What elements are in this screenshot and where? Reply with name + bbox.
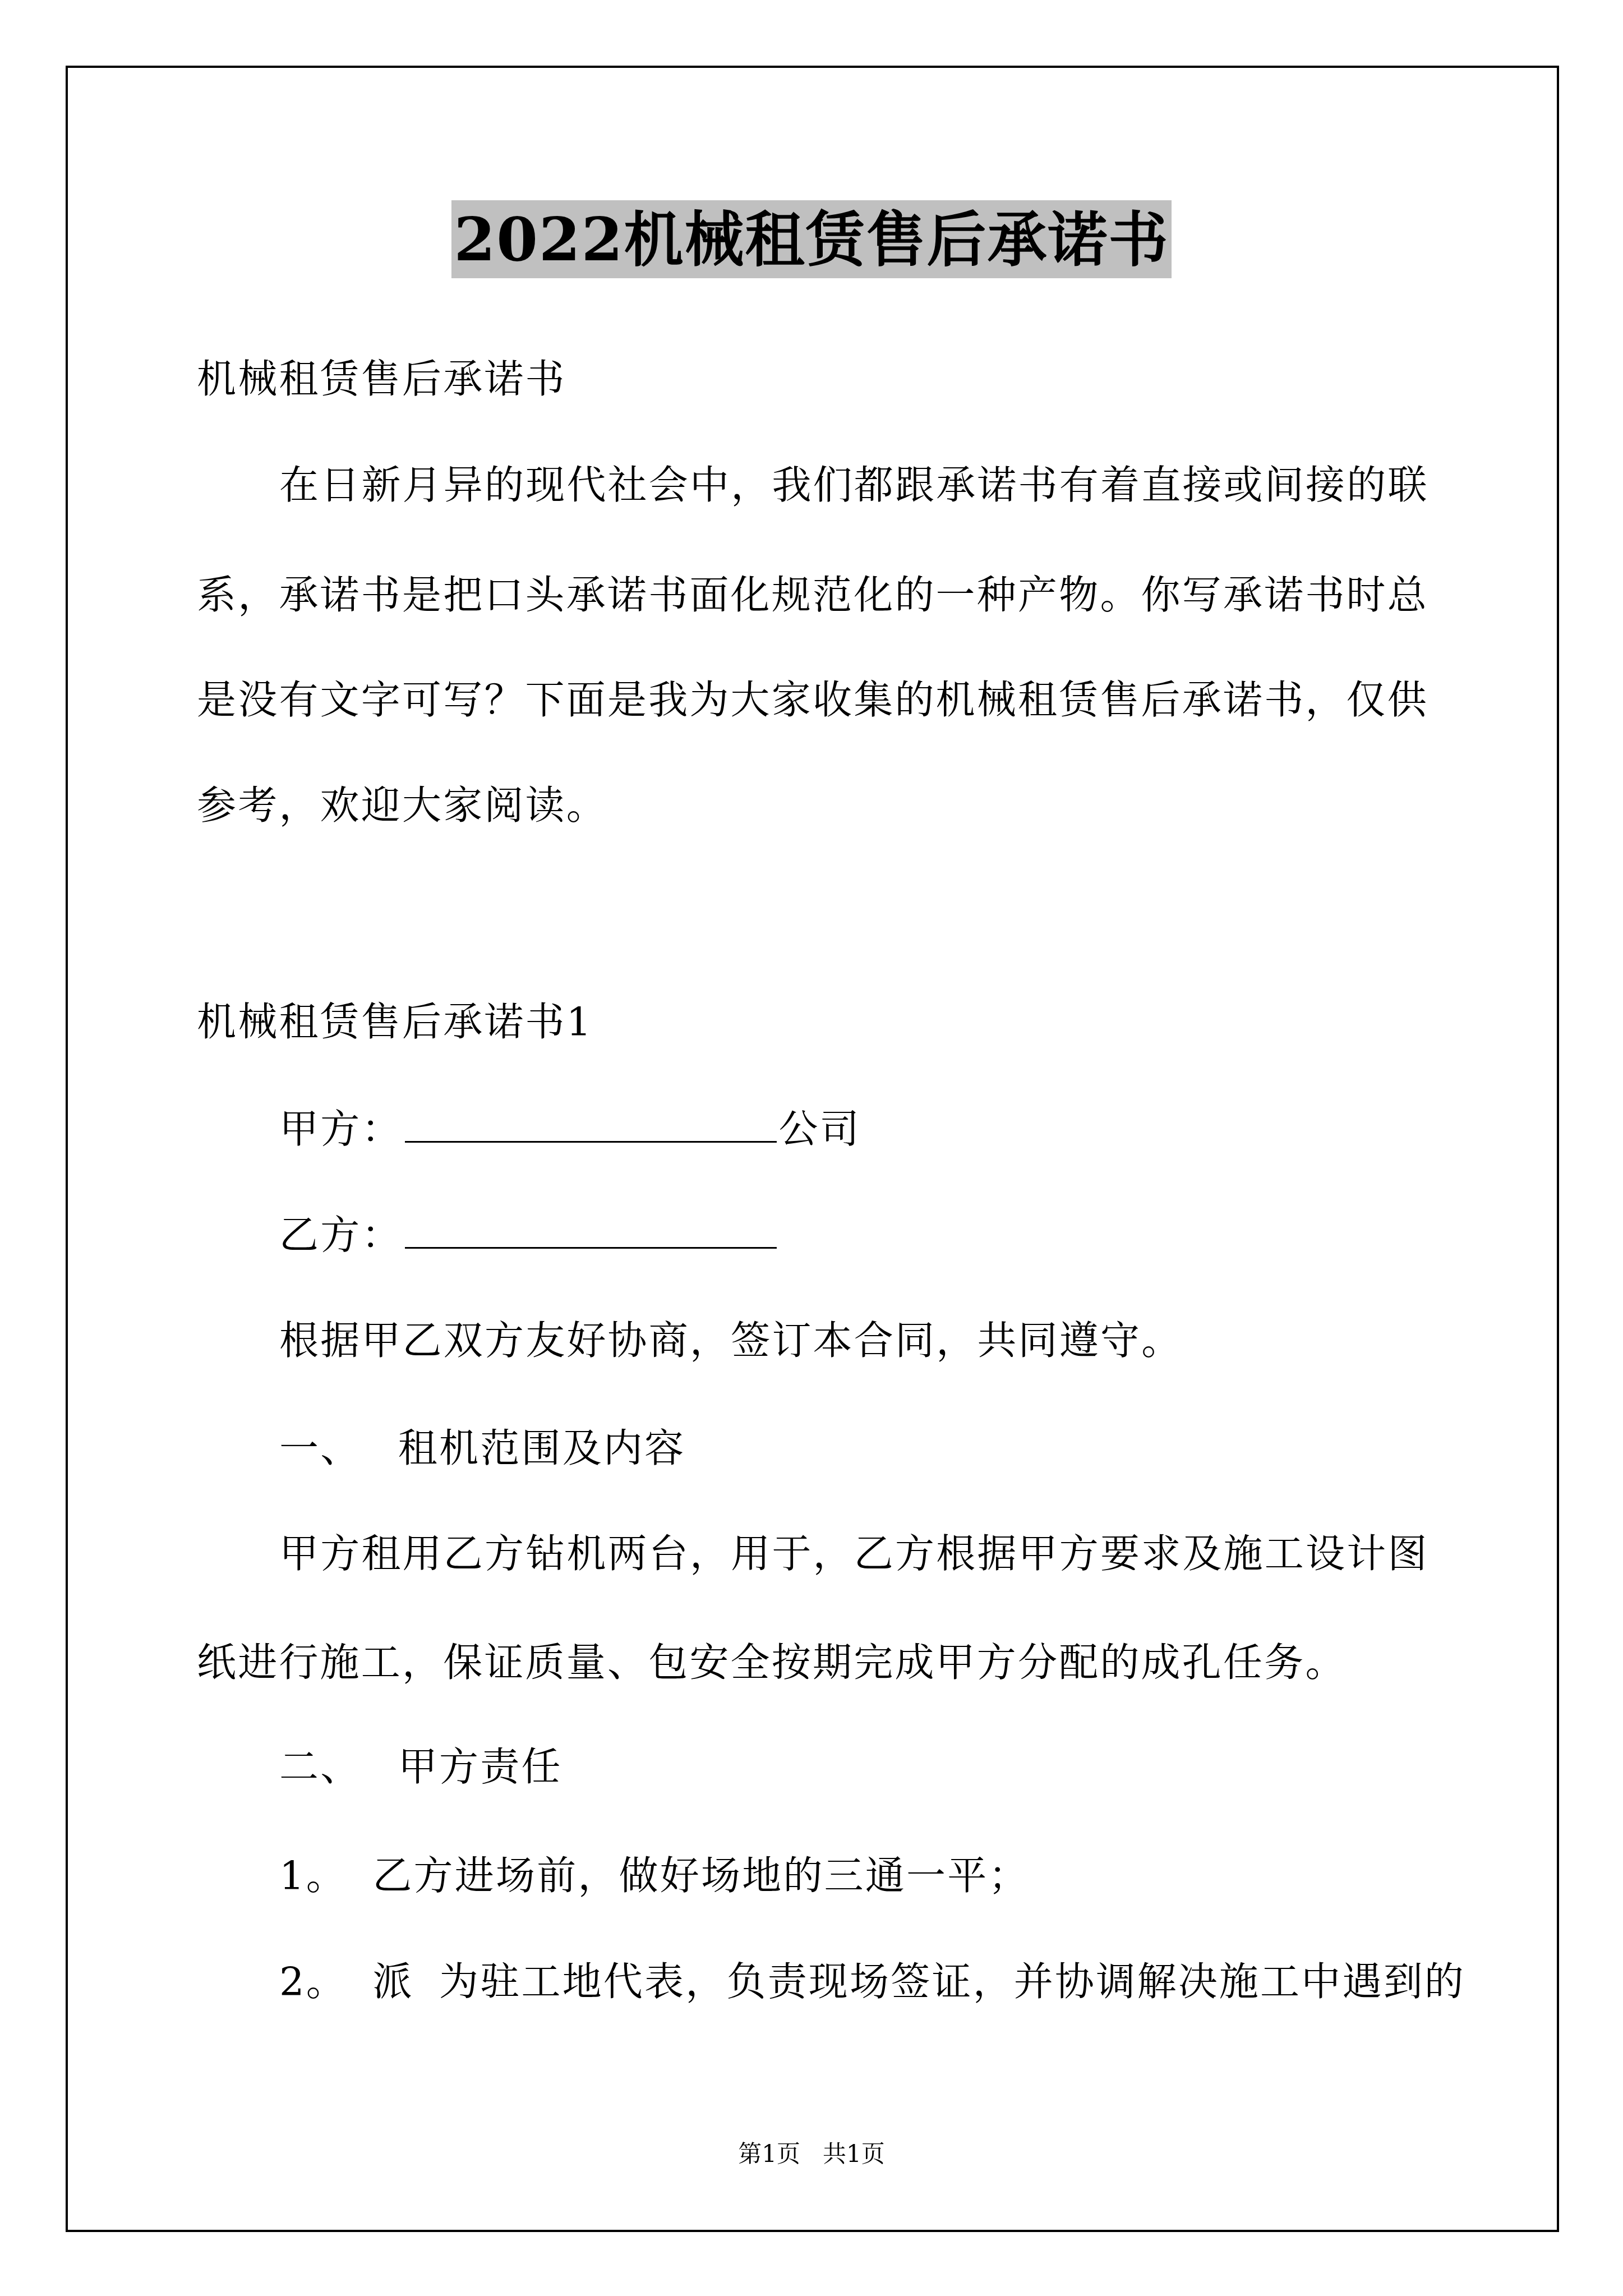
- intro-line-2: 系，承诺书是把口头承诺书面化规范化的一种产物。你写承诺书时总: [197, 570, 1428, 620]
- page-footer: 第1页 共1页: [0, 2138, 1623, 2170]
- intro-line-3: 是没有文字可写？下面是我为大家收集的机械租赁售后承诺书，仅供: [197, 675, 1428, 725]
- party-a-suffix: 公司: [779, 1106, 861, 1152]
- intro-line-1: 在日新月异的现代社会中，我们都跟承诺书有着直接或间接的联: [279, 460, 1429, 510]
- document-title: 2022机械租赁售后承诺书: [451, 200, 1171, 278]
- title-container: 2022机械租赁售后承诺书: [0, 200, 1623, 278]
- clause-2-item-1: 1。 乙方进场前，做好场地的三通一平；: [279, 1851, 1030, 1901]
- agreement-line: 根据甲乙双方友好协商，签订本合同，共同遵守。: [279, 1315, 1182, 1366]
- party-b-label: 乙方：: [279, 1212, 403, 1258]
- clause-1-line-2: 纸进行施工，保证质量、包安全按期完成甲方分配的成孔任务。: [197, 1637, 1347, 1688]
- party-a-label: 甲方：: [279, 1106, 403, 1152]
- party-b-row: 乙方：: [279, 1210, 779, 1260]
- clause-1-line-1: 甲方租用乙方钻机两台，用于，乙方根据甲方要求及施工设计图: [279, 1529, 1429, 1579]
- party-a-row: 甲方：公司: [279, 1104, 861, 1154]
- section-title: 机械租赁售后承诺书1: [197, 997, 593, 1047]
- clause-1-heading: 一、 租机范围及内容: [279, 1423, 685, 1474]
- clause-2-heading: 二、 甲方责任: [279, 1742, 562, 1792]
- party-b-blank-field[interactable]: [405, 1211, 777, 1249]
- document-subtitle: 机械租赁售后承诺书: [197, 354, 566, 404]
- intro-line-4: 参考，欢迎大家阅读。: [197, 780, 607, 831]
- clause-2-item-2: 2。 派 为驻工地代表，负责现场签证，并协调解决施工中遇到的: [279, 1957, 1465, 2007]
- party-a-blank-field[interactable]: [405, 1105, 777, 1143]
